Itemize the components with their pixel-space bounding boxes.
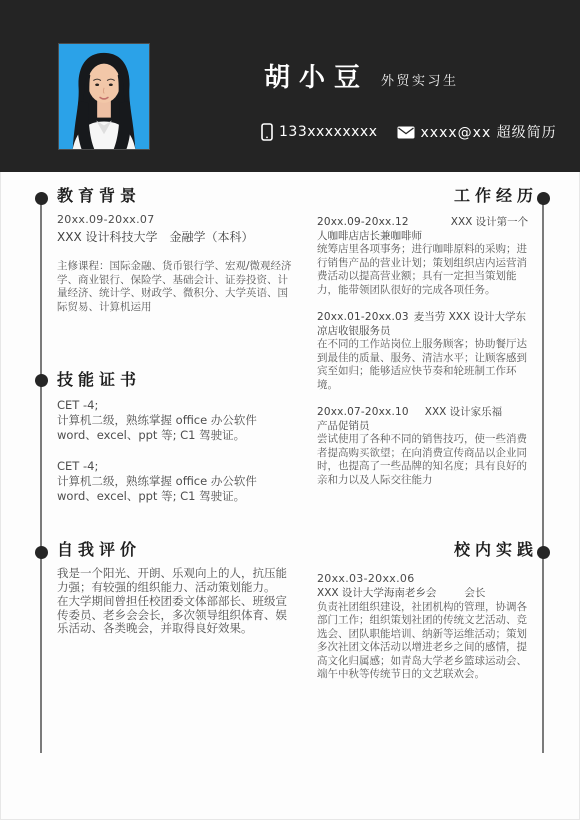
work-dates: 20xx.09-20xx.12: [317, 216, 409, 228]
education-title: 教育背景: [57, 186, 293, 206]
left-timeline-rail: [40, 196, 42, 753]
campus-dates: 20xx.03-20xx.06: [317, 572, 533, 586]
work-item-head: 20xx.09-20xx.12XXX 设计第一个人咖啡店店长兼咖啡师: [317, 216, 533, 243]
section-campus-practice: 校内实践 20xx.03-20xx.06 XXX 设计大学海南老乡会会长 负责社…: [317, 540, 533, 682]
cert-detail: 计算机二级，熟练掌握 office 办公软件 word、excel、ppt 等;…: [57, 474, 257, 503]
education-school-line: XXX 设计科技大学金融学（本科）: [57, 230, 293, 245]
bullet-work: [537, 192, 550, 205]
phone-icon: [261, 123, 273, 141]
school-name: XXX 设计科技大学: [57, 230, 157, 244]
resume-body: 教育背景 20xx.09-20xx.07 XXX 设计科技大学金融学（本科） 主…: [0, 172, 580, 820]
cert-detail: 计算机二级，熟练掌握 office 办公软件 word、excel、ppt 等;…: [57, 413, 257, 442]
bullet-self-evaluation: [35, 546, 48, 559]
campus-item-head: XXX 设计大学海南老乡会会长: [317, 587, 533, 601]
campus-org: XXX 设计大学海南老乡会: [317, 587, 436, 599]
work-description: 尝试使用了各种不同的销售技巧，使一些消费者提高购买欲望；在向消费宣传商品以企业同…: [317, 433, 533, 487]
work-item-head: 20xx.01-20xx.03麦当劳 XXX 设计大学东凉店收银服务员: [317, 311, 533, 338]
work-description: 在不同的工作站岗位上服务顾客；协助餐厅达到最佳的质量、服务、清洁水平；让顾客感到…: [317, 338, 533, 392]
candidate-name: 胡小豆: [264, 62, 369, 94]
work-item: 20xx.09-20xx.12XXX 设计第一个人咖啡店店长兼咖啡师 统筹店里各…: [317, 216, 533, 297]
identity-block: 胡小豆 外贸实习生: [264, 62, 459, 94]
skill-item: CET -4; 计算机二级，熟练掌握 office 办公软件 word、exce…: [57, 459, 293, 504]
email-address: xxxx@xx 超级简历: [421, 122, 557, 142]
job-title: 外贸实习生: [381, 72, 459, 94]
email-contact: xxxx@xx 超级简历: [397, 122, 557, 142]
right-timeline-rail: [542, 196, 544, 753]
self-evaluation-title: 自我评价: [57, 540, 297, 560]
email-icon: [397, 126, 415, 139]
work-item-head: 20xx.07-20xx.10XXX 设计家乐福: [317, 406, 533, 420]
self-evaluation-paragraph: 我是一个阳光、开朗、乐观向上的人，抗压能力强；有较强的组织能力、活动策划能力。: [57, 567, 297, 594]
bullet-campus: [537, 546, 550, 559]
courses-text: 主修课程：国际金融、货币银行学、宏观/微观经济学、商业银行、保险学、基础会计、证…: [57, 260, 293, 314]
section-work-experience: 工作经历 20xx.09-20xx.12XXX 设计第一个人咖啡店店长兼咖啡师 …: [317, 186, 533, 501]
work-position: 产品促销员: [317, 420, 533, 434]
cert-name: CET -4;: [57, 459, 293, 474]
campus-role: 会长: [464, 587, 485, 599]
campus-practice-title: 校内实践: [317, 540, 538, 560]
profile-photo: [58, 43, 150, 150]
bullet-skills: [35, 374, 48, 387]
self-evaluation-text: 我是一个阳光、开朗、乐观向上的人，抗压能力强；有较强的组织能力、活动策划能力。 …: [57, 567, 297, 636]
major-name: 金融学（本科）: [169, 230, 253, 244]
skills-title: 技能证书: [57, 370, 293, 390]
contact-row: 133xxxxxxxx xxxx@xx 超级简历: [261, 122, 557, 142]
work-item: 20xx.07-20xx.10XXX 设计家乐福 产品促销员 尝试使用了各种不同…: [317, 406, 533, 487]
campus-description: 负责社团组织建设，社团机构的管理，协调各部门工作；组织策划社团的传统文艺活动、竞…: [317, 601, 533, 682]
skill-item: CET -4; 计算机二级，熟练掌握 office 办公软件 word、exce…: [57, 398, 293, 443]
work-experience-title: 工作经历: [317, 186, 538, 206]
work-description: 统筹店里各项事务；进行咖啡原料的采购；进行销售产品的营业计划；策划组织店内运营消…: [317, 243, 533, 297]
cert-name: CET -4;: [57, 398, 293, 413]
portrait-illustration: [59, 44, 149, 149]
education-dates: 20xx.09-20xx.07: [57, 213, 293, 227]
header: 胡小豆 外贸实习生 133xxxxxxxx xxxx@xx 超级简历: [0, 0, 580, 172]
resume-page: 胡小豆 外贸实习生 133xxxxxxxx xxxx@xx 超级简历: [0, 0, 580, 820]
work-dates: 20xx.07-20xx.10: [317, 406, 409, 418]
section-education: 教育背景 20xx.09-20xx.07 XXX 设计科技大学金融学（本科） 主…: [57, 186, 293, 314]
bullet-education: [35, 192, 48, 205]
work-item: 20xx.01-20xx.03麦当劳 XXX 设计大学东凉店收银服务员 在不同的…: [317, 311, 533, 392]
phone-contact: 133xxxxxxxx: [261, 123, 378, 141]
work-role: XXX 设计家乐福: [425, 406, 502, 418]
section-self-evaluation: 自我评价 我是一个阳光、开朗、乐观向上的人，抗压能力强；有较强的组织能力、活动策…: [57, 540, 297, 636]
phone-number: 133xxxxxxxx: [279, 124, 378, 140]
section-skills: 技能证书 CET -4; 计算机二级，熟练掌握 office 办公软件 word…: [57, 370, 293, 520]
work-dates: 20xx.01-20xx.03: [317, 311, 409, 323]
self-evaluation-paragraph: 在大学期间曾担任校团委文体部部长、班级宣传委员、老乡会会长，多次领导组织体育、娱…: [57, 595, 297, 636]
